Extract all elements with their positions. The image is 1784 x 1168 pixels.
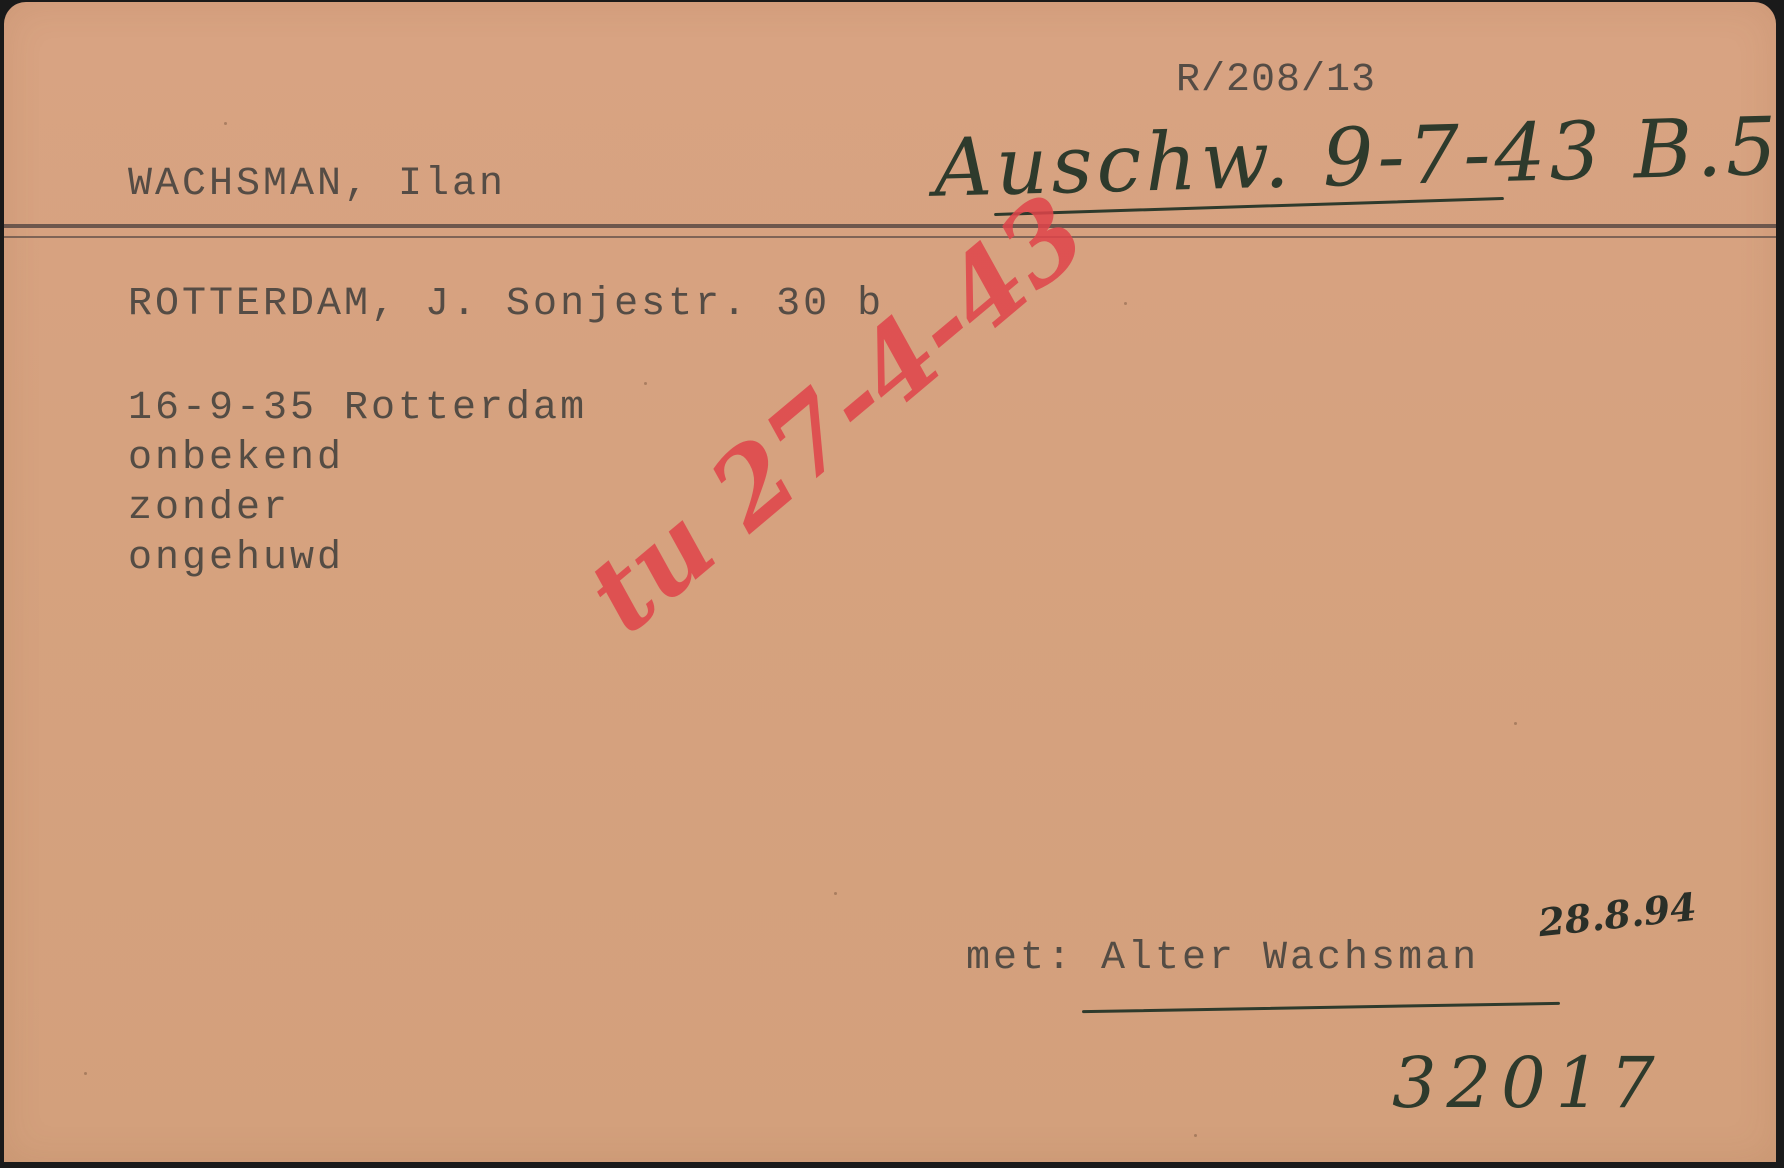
red-annotation: tu 27-4-43: [564, 171, 1109, 656]
paper-speck: [1194, 1134, 1197, 1137]
person-name: WACHSMAN, Ilan: [128, 162, 506, 207]
paper-speck: [1124, 302, 1127, 305]
occupation-line: zonder: [128, 486, 290, 531]
handwritten-annotation: Auschw. 9-7-43 B.57: [933, 98, 1784, 215]
paper-speck: [84, 1072, 87, 1075]
handwritten-date: 28.8.94: [1536, 884, 1699, 945]
religion-line: onbekend: [128, 436, 344, 481]
address-line: ROTTERDAM, J. Sonjestr. 30 b: [128, 282, 884, 327]
paper-speck: [1514, 722, 1517, 725]
header-rule-top: [4, 224, 1776, 228]
paper-speck: [644, 382, 647, 385]
header-rule-bottom: [4, 236, 1776, 238]
index-card: WACHSMAN, Ilan R/208/13 Auschw. 9-7-43 B…: [4, 2, 1776, 1162]
paper-speck: [224, 122, 227, 125]
with-line-underline: [1082, 1002, 1560, 1013]
paper-speck: [834, 892, 837, 895]
marital-status-line: ongehuwd: [128, 536, 344, 581]
birth-line: 16-9-35 Rotterdam: [128, 386, 587, 431]
reference-number: R/208/13: [1176, 58, 1376, 103]
with-line: met: Alter Wachsman: [966, 936, 1479, 981]
handwritten-number: 32017: [1392, 1042, 1665, 1124]
